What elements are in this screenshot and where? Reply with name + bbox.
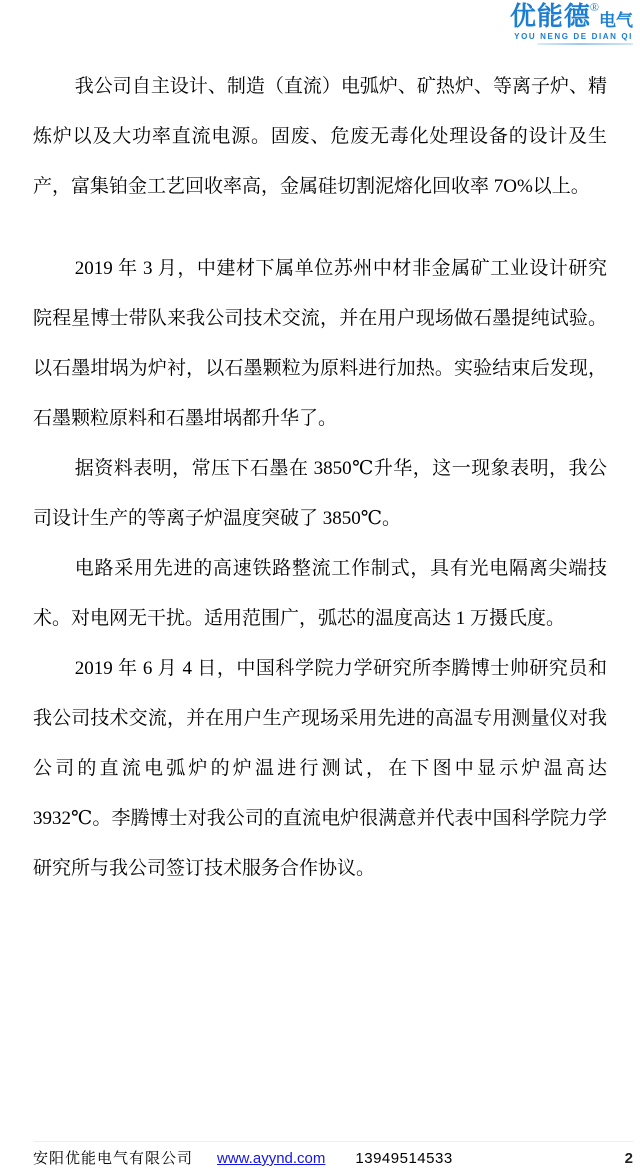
logo-brand-row: 优能德 ® 电气 <box>510 4 633 30</box>
document-page: 优能德 ® 电气 YOU NENG DE DIAN QI 我公司自主设计、制造（… <box>0 0 640 1173</box>
paragraph-sublimation-data: 据资料表明，常压下石墨在 3850℃升华，这一现象表明，我公司设计生产的等离子炉… <box>33 444 607 544</box>
paragraph-company-products: 我公司自主设计、制造（直流）电弧炉、矿热炉、等离子炉、精炼炉以及大功率直流电源。… <box>33 62 607 212</box>
logo-underline <box>537 43 633 45</box>
logo-brand-sub: 电气 <box>599 12 633 30</box>
registered-trademark-icon: ® <box>590 1 599 13</box>
paragraph-circuit-tech: 电路采用先进的高速铁路整流工作制式，具有光电隔离尖端技术。对电网无干扰。适用范围… <box>33 544 607 644</box>
page-footer: 安阳优能电气有限公司 www.ayynd.com 13949514533 2 <box>33 1141 633 1168</box>
paragraph-cas-cooperation: 2019 年 6 月 4 日，中国科学院力学研究所李腾博士帅研究员和我公司技术交… <box>33 644 607 894</box>
footer-website-link[interactable]: www.ayynd.com <box>217 1150 325 1167</box>
paragraph-graphite-test: 2019 年 3 月，中建材下属单位苏州中材非金属矿工业设计研究院程星博士带队来… <box>33 244 607 444</box>
logo-brand-main: 优能德 <box>510 4 591 30</box>
logo-tagline: YOU NENG DE DIAN QI <box>510 32 633 41</box>
page-number: 2 <box>625 1150 633 1167</box>
company-logo: 优能德 ® 电气 YOU NENG DE DIAN QI <box>510 4 633 45</box>
document-body: 我公司自主设计、制造（直流）电弧炉、矿热炉、等离子炉、精炼炉以及大功率直流电源。… <box>33 62 607 894</box>
page-header: 优能德 ® 电气 YOU NENG DE DIAN QI <box>0 0 640 48</box>
footer-company-name: 安阳优能电气有限公司 <box>33 1147 193 1168</box>
footer-phone-number: 13949514533 <box>355 1150 452 1167</box>
